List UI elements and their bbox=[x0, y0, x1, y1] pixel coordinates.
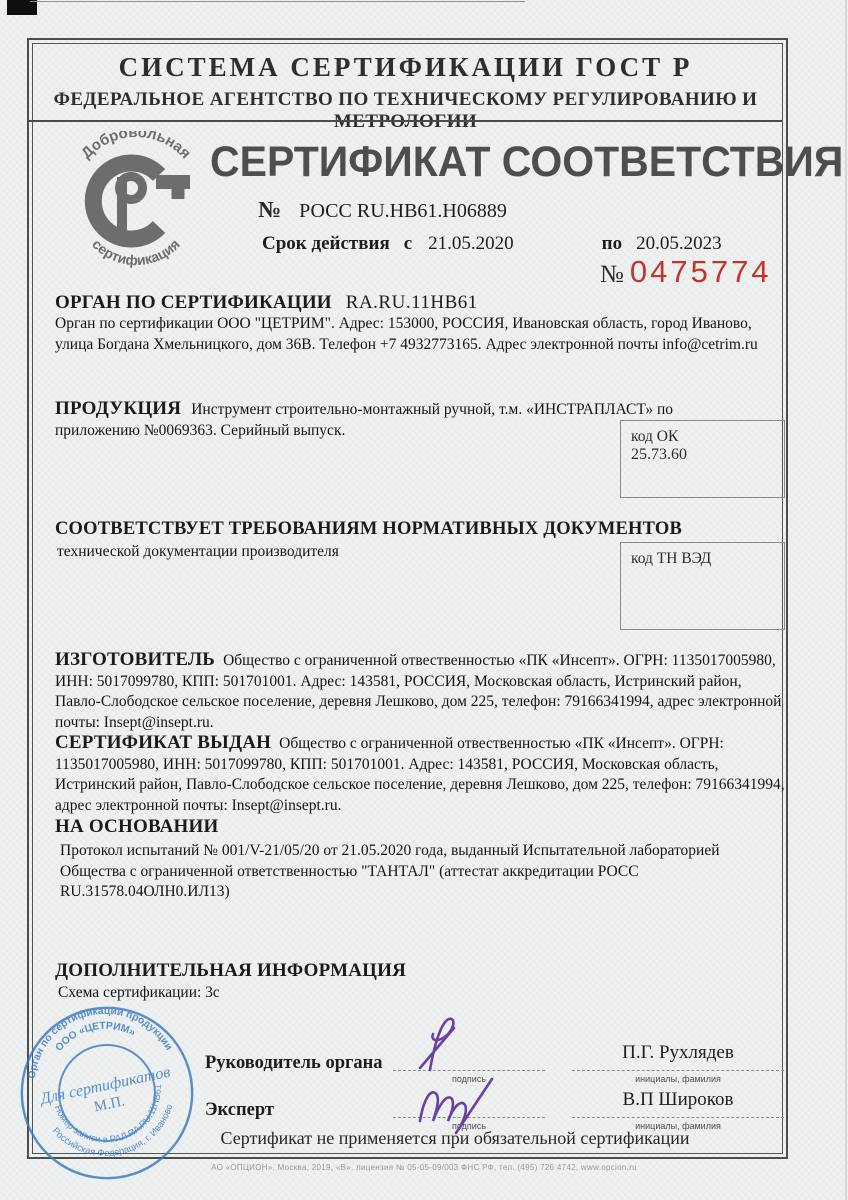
section-organ: ОРГАН ПО СЕРТИФИКАЦИИRA.RU.11НВ61 bbox=[55, 292, 478, 314]
stamp-center-line2: М.П. bbox=[93, 1093, 127, 1115]
section-organ-body: Орган по сертификации ООО "ЦЕТРИМ". Адре… bbox=[55, 314, 785, 355]
section-issued-label: СЕРТИФИКАТ ВЫДАН bbox=[55, 732, 271, 753]
section-additional-label: ДОПОЛНИТЕЛЬНАЯ ИНФОРМАЦИЯ bbox=[55, 960, 406, 982]
section-manufacturer-label: ИЗГОТОВИТЕЛЬ bbox=[55, 649, 215, 670]
form-number-sign: № bbox=[600, 261, 624, 288]
signer-name-1: П.Г. Рухлядев bbox=[572, 1042, 784, 1064]
validity-label: Срок действия bbox=[262, 233, 390, 254]
section-product-label: ПРОДУКЦИЯ bbox=[55, 398, 181, 419]
section-issued: СЕРТИФИКАТ ВЫДАНОбщество с ограниченной … bbox=[55, 733, 788, 816]
validity-row: Срок действияс21.05.2020по20.05.2023 bbox=[262, 233, 722, 255]
signature-role-2: Эксперт bbox=[205, 1100, 274, 1121]
code-ok-label: код ОК bbox=[631, 428, 774, 446]
form-number-row: №0475774 bbox=[600, 254, 772, 290]
validity-to-date: 20.05.2023 bbox=[636, 233, 722, 254]
scan-artifact-topline bbox=[30, 1, 525, 2]
name-line-2 bbox=[572, 1117, 784, 1118]
section-basis-label: НА ОСНОВАНИИ bbox=[55, 816, 218, 838]
section-product: ПРОДУКЦИЯИнструмент строительно-монтажны… bbox=[55, 398, 710, 441]
code-ok-box: код ОК 25.73.60 bbox=[620, 420, 785, 498]
print-footer: АО «ОПЦИОН», Москва, 2019, «В». лицензия… bbox=[0, 1163, 848, 1172]
header-agency-title: ФЕДЕРАЛЬНОЕ АГЕНТСТВО ПО ТЕХНИЧЕСКОМУ РЕ… bbox=[29, 89, 782, 133]
scan-artifact-corner bbox=[7, 0, 37, 15]
handwritten-signature-1 bbox=[408, 1012, 478, 1074]
scan-artifact-right-edge bbox=[845, 0, 847, 1200]
rst-logo: Добровольная сертификация bbox=[56, 131, 214, 276]
code-tnved-box: код ТН ВЭД bbox=[620, 542, 785, 630]
name-caption-1: инициалы, фамилия bbox=[572, 1074, 784, 1084]
cert-number: РОСС RU.НВ61.Н06889 bbox=[299, 200, 507, 222]
validity-from-date: 21.05.2020 bbox=[428, 233, 514, 254]
section-conform-label: СООТВЕТСТВУЕТ ТРЕБОВАНИЯМ НОРМАТИВНЫХ ДО… bbox=[55, 519, 682, 540]
cert-number-sign: № bbox=[258, 197, 281, 222]
certificate-title: СЕРТИФИКАТ СООТВЕТСТВИЯ bbox=[210, 137, 785, 186]
section-manufacturer: ИЗГОТОВИТЕЛЬОбщество с ограниченной отве… bbox=[55, 650, 788, 733]
code-ok-value: 25.73.60 bbox=[631, 446, 774, 464]
certificate-page: СИСТЕМА СЕРТИФИКАЦИИ ГОСТ Р ФЕДЕРАЛЬНОЕ … bbox=[0, 0, 848, 1200]
signer-name-2: В.П Широков bbox=[572, 1089, 784, 1111]
form-number: 0475774 bbox=[630, 254, 772, 289]
header-divider bbox=[29, 120, 782, 122]
validity-from-label: с bbox=[404, 233, 412, 254]
bottom-note: Сертификат не применяется при обязательн… bbox=[170, 1128, 740, 1149]
validity-to-label: по bbox=[602, 233, 622, 254]
section-organ-label: ОРГАН ПО СЕРТИФИКАЦИИ bbox=[55, 292, 332, 313]
header-system-title: СИСТЕМА СЕРТИФИКАЦИИ ГОСТ Р bbox=[29, 52, 782, 83]
rst-mark bbox=[93, 163, 190, 239]
cert-number-row: №РОСС RU.НВ61.Н06889 bbox=[258, 197, 507, 223]
section-conform-body: технической документации производителя bbox=[57, 542, 617, 563]
name-line-1 bbox=[572, 1070, 784, 1071]
signature-role-1: Руководитель органа bbox=[205, 1053, 383, 1074]
code-tnved-label: код ТН ВЭД bbox=[631, 550, 774, 568]
section-basis-body: Протокол испытаний № 001/V-21/05/20 от 2… bbox=[60, 841, 772, 903]
section-organ-code: RA.RU.11НВ61 bbox=[346, 292, 478, 313]
certification-stamp: Орган по сертификации продукции ООО «ЦЕТ… bbox=[14, 1000, 200, 1186]
